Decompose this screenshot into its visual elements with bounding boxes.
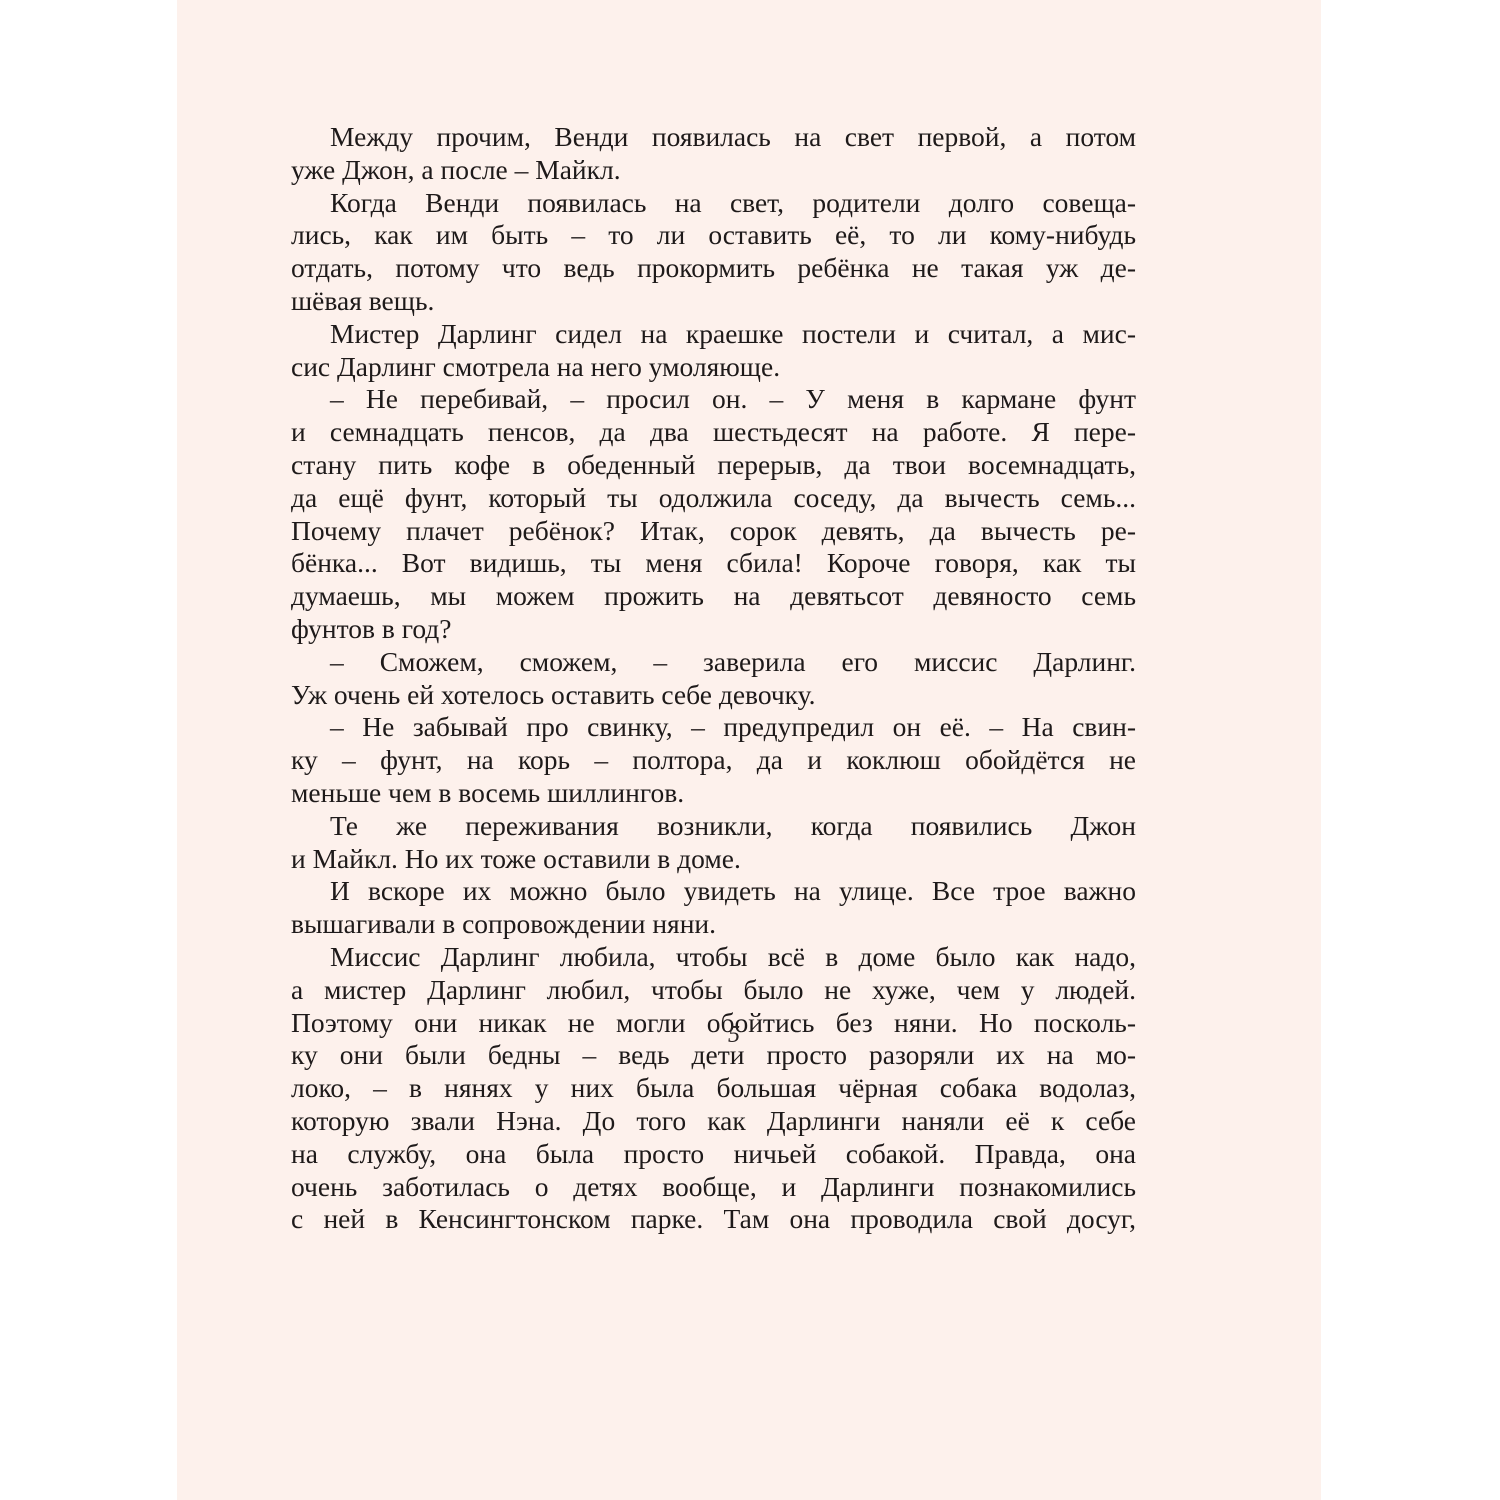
text-line: – Не перебивай, – просил он. – У меня в … <box>291 383 1136 416</box>
text-line: шёвая вещь. <box>291 285 1136 318</box>
text-line: Мистер Дарлинг сидел на краешке постели … <box>291 318 1136 351</box>
text-line: бёнка... Вот видишь, ты меня сбила! Коро… <box>291 547 1136 580</box>
paragraph: – Не перебивай, – просил он. – У меня в … <box>291 383 1136 645</box>
text-line: вышагивали в сопровождении няни. <box>291 908 1136 941</box>
paragraph: Миссис Дарлинг любила, чтобы всё в доме … <box>291 941 1136 1236</box>
text-line: фунтов в год? <box>291 613 1136 646</box>
text-line: которую звали Нэна. До того как Дарлинги… <box>291 1105 1136 1138</box>
paragraph: Те же переживания возникли, когда появил… <box>291 810 1136 876</box>
text-line: Между прочим, Венди появилась на свет пе… <box>291 121 1136 154</box>
text-line: локо, – в нянях у них была большая чёрна… <box>291 1072 1136 1105</box>
text-line: стану пить кофе в обеденный перерыв, да … <box>291 449 1136 482</box>
text-line: и семнадцать пенсов, да два шестьдесят н… <box>291 416 1136 449</box>
text-line: да ещё фунт, который ты одолжила соседу,… <box>291 482 1136 515</box>
text-line: Почему плачет ребёнок? Итак, сорок девят… <box>291 515 1136 548</box>
book-page: Между прочим, Венди появилась на свет пе… <box>177 0 1321 1500</box>
paragraph: Когда Венди появилась на свет, родители … <box>291 187 1136 318</box>
paragraph: Мистер Дарлинг сидел на краешке постели … <box>291 318 1136 384</box>
text-line: с ней в Кенсингтонском парке. Там она пр… <box>291 1203 1136 1236</box>
text-line: отдать, потому что ведь прокормить ребён… <box>291 252 1136 285</box>
text-line: уже Джон, а после – Майкл. <box>291 154 1136 187</box>
page-number: 5 <box>177 1022 1321 1049</box>
text-line: Те же переживания возникли, когда появил… <box>291 810 1136 843</box>
paragraph: И вскоре их можно было увидеть на улице.… <box>291 875 1136 941</box>
paragraph: – Сможем, сможем, – заверила его миссис … <box>291 646 1136 712</box>
text-line: – Сможем, сможем, – заверила его миссис … <box>291 646 1136 679</box>
text-line: на службу, она была просто ничьей собако… <box>291 1138 1136 1171</box>
text-line: ку – фунт, на корь – полтора, да и коклю… <box>291 744 1136 777</box>
text-line: сис Дарлинг смотрела на него умоляюще. <box>291 351 1136 384</box>
text-line: меньше чем в восемь шиллингов. <box>291 777 1136 810</box>
text-line: – Не забывай про свинку, – предупредил о… <box>291 711 1136 744</box>
text-line: думаешь, мы можем прожить на девятьсот д… <box>291 580 1136 613</box>
text-line: Когда Венди появилась на свет, родители … <box>291 187 1136 220</box>
text-line: Миссис Дарлинг любила, чтобы всё в доме … <box>291 941 1136 974</box>
text-line: очень заботилась о детях вообще, и Дарли… <box>291 1171 1136 1204</box>
text-line: И вскоре их можно было увидеть на улице.… <box>291 875 1136 908</box>
text-line: а мистер Дарлинг любил, чтобы было не ху… <box>291 974 1136 1007</box>
text-line: Уж очень ей хотелось оставить себе девоч… <box>291 679 1136 712</box>
text-line: и Майкл. Но их тоже оставили в доме. <box>291 843 1136 876</box>
paragraph: Между прочим, Венди появилась на свет пе… <box>291 121 1136 187</box>
body-text: Между прочим, Венди появилась на свет пе… <box>291 121 1136 1236</box>
text-line: лись, как им быть – то ли оставить её, т… <box>291 219 1136 252</box>
paragraph: – Не забывай про свинку, – предупредил о… <box>291 711 1136 809</box>
